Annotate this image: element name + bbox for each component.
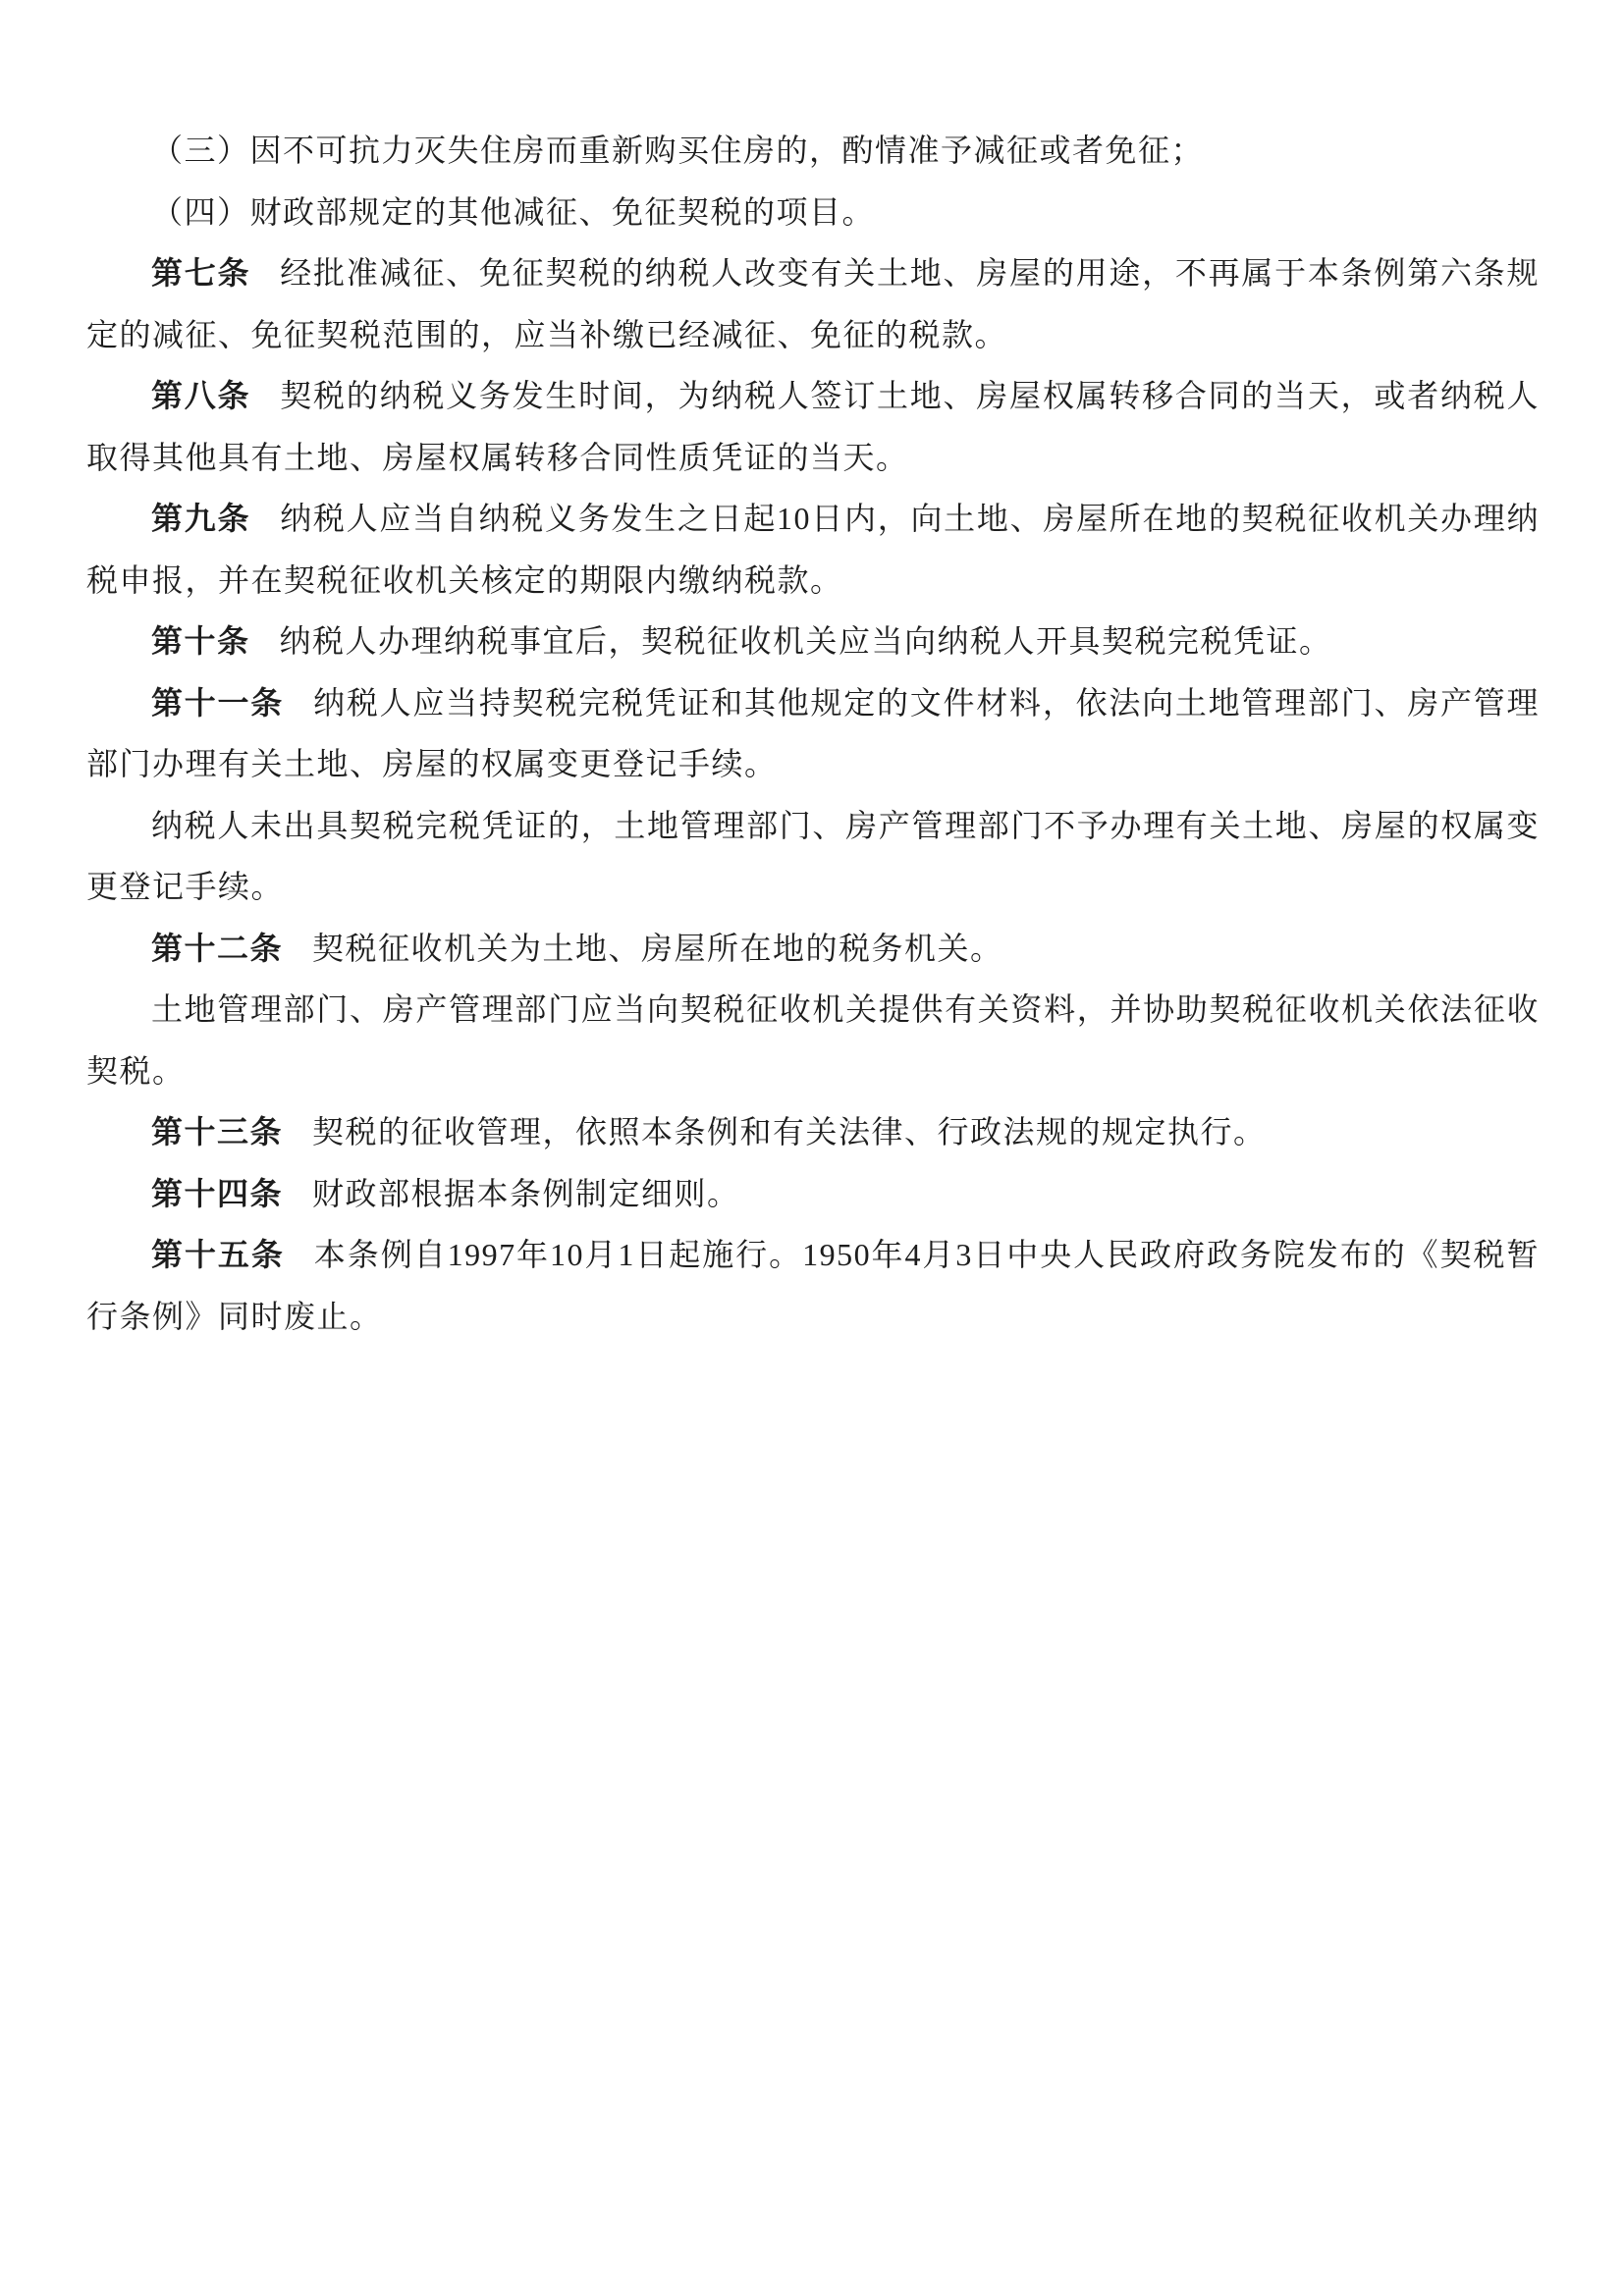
article-number-label: 第十条 [151, 623, 250, 659]
paragraph-text: （四）财政部规定的其他减征、免征契税的项目。 [151, 194, 875, 230]
paragraph-text: 契税的纳税义务发生时间，为纳税人签订土地、房屋权属转移合同的当天，或者纳税人取得… [86, 378, 1540, 475]
paragraph: 第十条纳税人办理纳税事宜后，契税征收机关应当向纳税人开具契税完税凭证。 [86, 611, 1540, 672]
paragraph-text: 纳税人应当持契税完税凭证和其他规定的文件材料，依法向土地管理部门、房产管理部门办… [86, 685, 1540, 782]
paragraph-text: 契税的征收管理，依照本条例和有关法律、行政法规的规定执行。 [312, 1114, 1267, 1149]
paragraph: 第十一条纳税人应当持契税完税凭证和其他规定的文件材料，依法向土地管理部门、房产管… [86, 672, 1540, 795]
article-number-label: 第十一条 [151, 685, 284, 721]
paragraph-text: 本条例自1997年10月1日起施行。1950年4月3日中央人民政府政务院发布的《… [86, 1237, 1540, 1334]
paragraph-text: 土地管理部门、房产管理部门应当向契税征收机关提供有关资料，并协助契税征收机关依法… [86, 991, 1540, 1089]
article-number-label: 第八条 [151, 378, 250, 413]
article-number-label: 第十四条 [151, 1176, 283, 1211]
paragraph: 土地管理部门、房产管理部门应当向契税征收机关提供有关资料，并协助契税征收机关依法… [86, 979, 1540, 1101]
article-number-label: 第七条 [151, 255, 250, 291]
paragraph-text: 契税征收机关为土地、房屋所在地的税务机关。 [312, 931, 1003, 966]
document-page: （三）因不可抗力灭失住房而重新购买住房的，酌情准予减征或者免征； （四）财政部规… [0, 0, 1624, 2296]
paragraph-text: 纳税人应当自纳税义务发生之日起10日内，向土地、房屋所在地的契税征收机关办理纳税… [86, 501, 1540, 598]
paragraph: 第十二条契税征收机关为土地、房屋所在地的税务机关。 [86, 918, 1540, 980]
paragraph: 纳税人未出具契税完税凭证的，土地管理部门、房产管理部门不予办理有关土地、房屋的权… [86, 795, 1540, 918]
article-number-label: 第十三条 [151, 1114, 283, 1149]
paragraph-text: 纳税人未出具契税完税凭证的，土地管理部门、房产管理部门不予办理有关土地、房屋的权… [86, 808, 1540, 905]
paragraph: 第八条契税的纳税义务发生时间，为纳税人签订土地、房屋权属转移合同的当天，或者纳税… [86, 365, 1540, 488]
paragraph: 第十四条财政部根据本条例制定细则。 [86, 1163, 1540, 1225]
article-number-label: 第十二条 [151, 931, 283, 966]
paragraph-text: 纳税人办理纳税事宜后，契税征收机关应当向纳税人开具契税完税凭证。 [280, 623, 1332, 659]
paragraph: 第十五条本条例自1997年10月1日起施行。1950年4月3日中央人民政府政务院… [86, 1224, 1540, 1347]
paragraph: （四）财政部规定的其他减征、免征契税的项目。 [86, 182, 1540, 243]
text-block: （三）因不可抗力灭失住房而重新购买住房的，酌情准予减征或者免征； （四）财政部规… [86, 120, 1540, 1347]
paragraph: （三）因不可抗力灭失住房而重新购买住房的，酌情准予减征或者免征； [86, 120, 1540, 182]
paragraph: 第九条纳税人应当自纳税义务发生之日起10日内，向土地、房屋所在地的契税征收机关办… [86, 488, 1540, 611]
paragraph: 第十三条契税的征收管理，依照本条例和有关法律、行政法规的规定执行。 [86, 1101, 1540, 1163]
article-number-label: 第十五条 [151, 1237, 285, 1272]
paragraph-text: 经批准减征、免征契税的纳税人改变有关土地、房屋的用途，不再属于本条例第六条规定的… [86, 255, 1540, 352]
paragraph-text: 财政部根据本条例制定细则。 [312, 1176, 740, 1211]
paragraph-text: （三）因不可抗力灭失住房而重新购买住房的，酌情准予减征或者免征； [151, 133, 1204, 168]
article-number-label: 第九条 [151, 501, 250, 536]
paragraph: 第七条经批准减征、免征契税的纳税人改变有关土地、房屋的用途，不再属于本条例第六条… [86, 242, 1540, 365]
